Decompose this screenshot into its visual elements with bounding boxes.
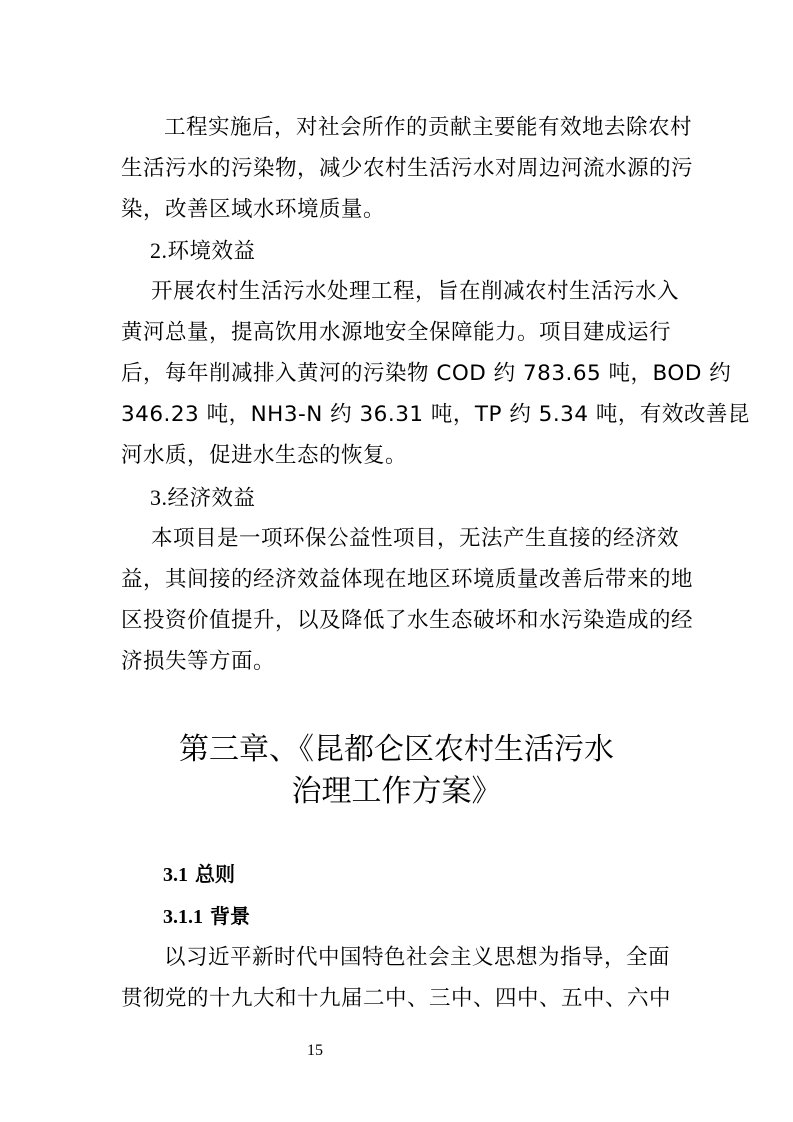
page-number: 15 <box>0 1042 630 1060</box>
heading-number: 3. <box>150 485 168 510</box>
heading-environment-benefits: 2.环境效益 <box>150 237 710 266</box>
paragraph-background-line-1: 以习近平新时代中国特色社会主义思想为指导，全面 <box>121 944 681 972</box>
paragraph-social-line-2: 生活污水的污染物，减少农村生活污水对周边河流水源的污 <box>121 155 681 183</box>
paragraph-environment-line-5: 河水质，促进水生态的恢复。 <box>121 442 681 470</box>
heading-label: 环境效益 <box>168 239 256 264</box>
paragraph-social-line-3: 染，改善区域水环境质量。 <box>121 196 681 224</box>
paragraph-economic-line-3: 区投资价值提升，以及降低了水生态破坏和水污染造成的经 <box>121 607 681 635</box>
paragraph-environment-line-4: 346.23 吨，NH3-N 约 36.31 吨，TP 约 5.34 吨，有效改… <box>121 401 681 429</box>
paragraph-environment-line-2: 黄河总量，提高饮用水源地安全保障能力。项目建成运行 <box>121 319 681 347</box>
section-number: 3.1 <box>163 864 188 886</box>
section-label: 总则 <box>195 862 235 886</box>
section-label: 背景 <box>210 904 250 928</box>
section-number: 3.1.1 <box>163 906 203 928</box>
section-heading-3-1: 3.1 总则 <box>163 860 235 889</box>
heading-number: 2. <box>150 238 168 263</box>
section-heading-3-1-1: 3.1.1 背景 <box>163 902 250 931</box>
paragraph-environment-line-3: 后，每年削减排入黄河的污染物 COD 约 783.65 吨，BOD 约 <box>121 360 681 388</box>
paragraph-background-line-2: 贯彻党的十九大和十九届二中、三中、四中、五中、六中 <box>121 985 681 1013</box>
paragraph-economic-line-4: 济损失等方面。 <box>121 648 681 676</box>
chapter-title-line-1: 第三章、《昆都仑区农村生活污水 <box>0 730 793 770</box>
paragraph-economic-line-1: 本项目是一项环保公益性项目，无法产生直接的经济效 <box>121 525 681 553</box>
paragraph-social-line-1: 工程实施后，对社会所作的贡献主要能有效地去除农村 <box>121 114 681 142</box>
paragraph-environment-line-1: 开展农村生活污水处理工程，旨在削减农村生活污水入 <box>121 278 681 306</box>
chapter-title-line-2: 治理工作方案》 <box>0 772 793 812</box>
heading-economic-benefits: 3.经济效益 <box>150 484 710 513</box>
paragraph-economic-line-2: 益，其间接的经济效益体现在地区环境质量改善后带来的地 <box>121 566 681 594</box>
heading-label: 经济效益 <box>168 486 256 511</box>
